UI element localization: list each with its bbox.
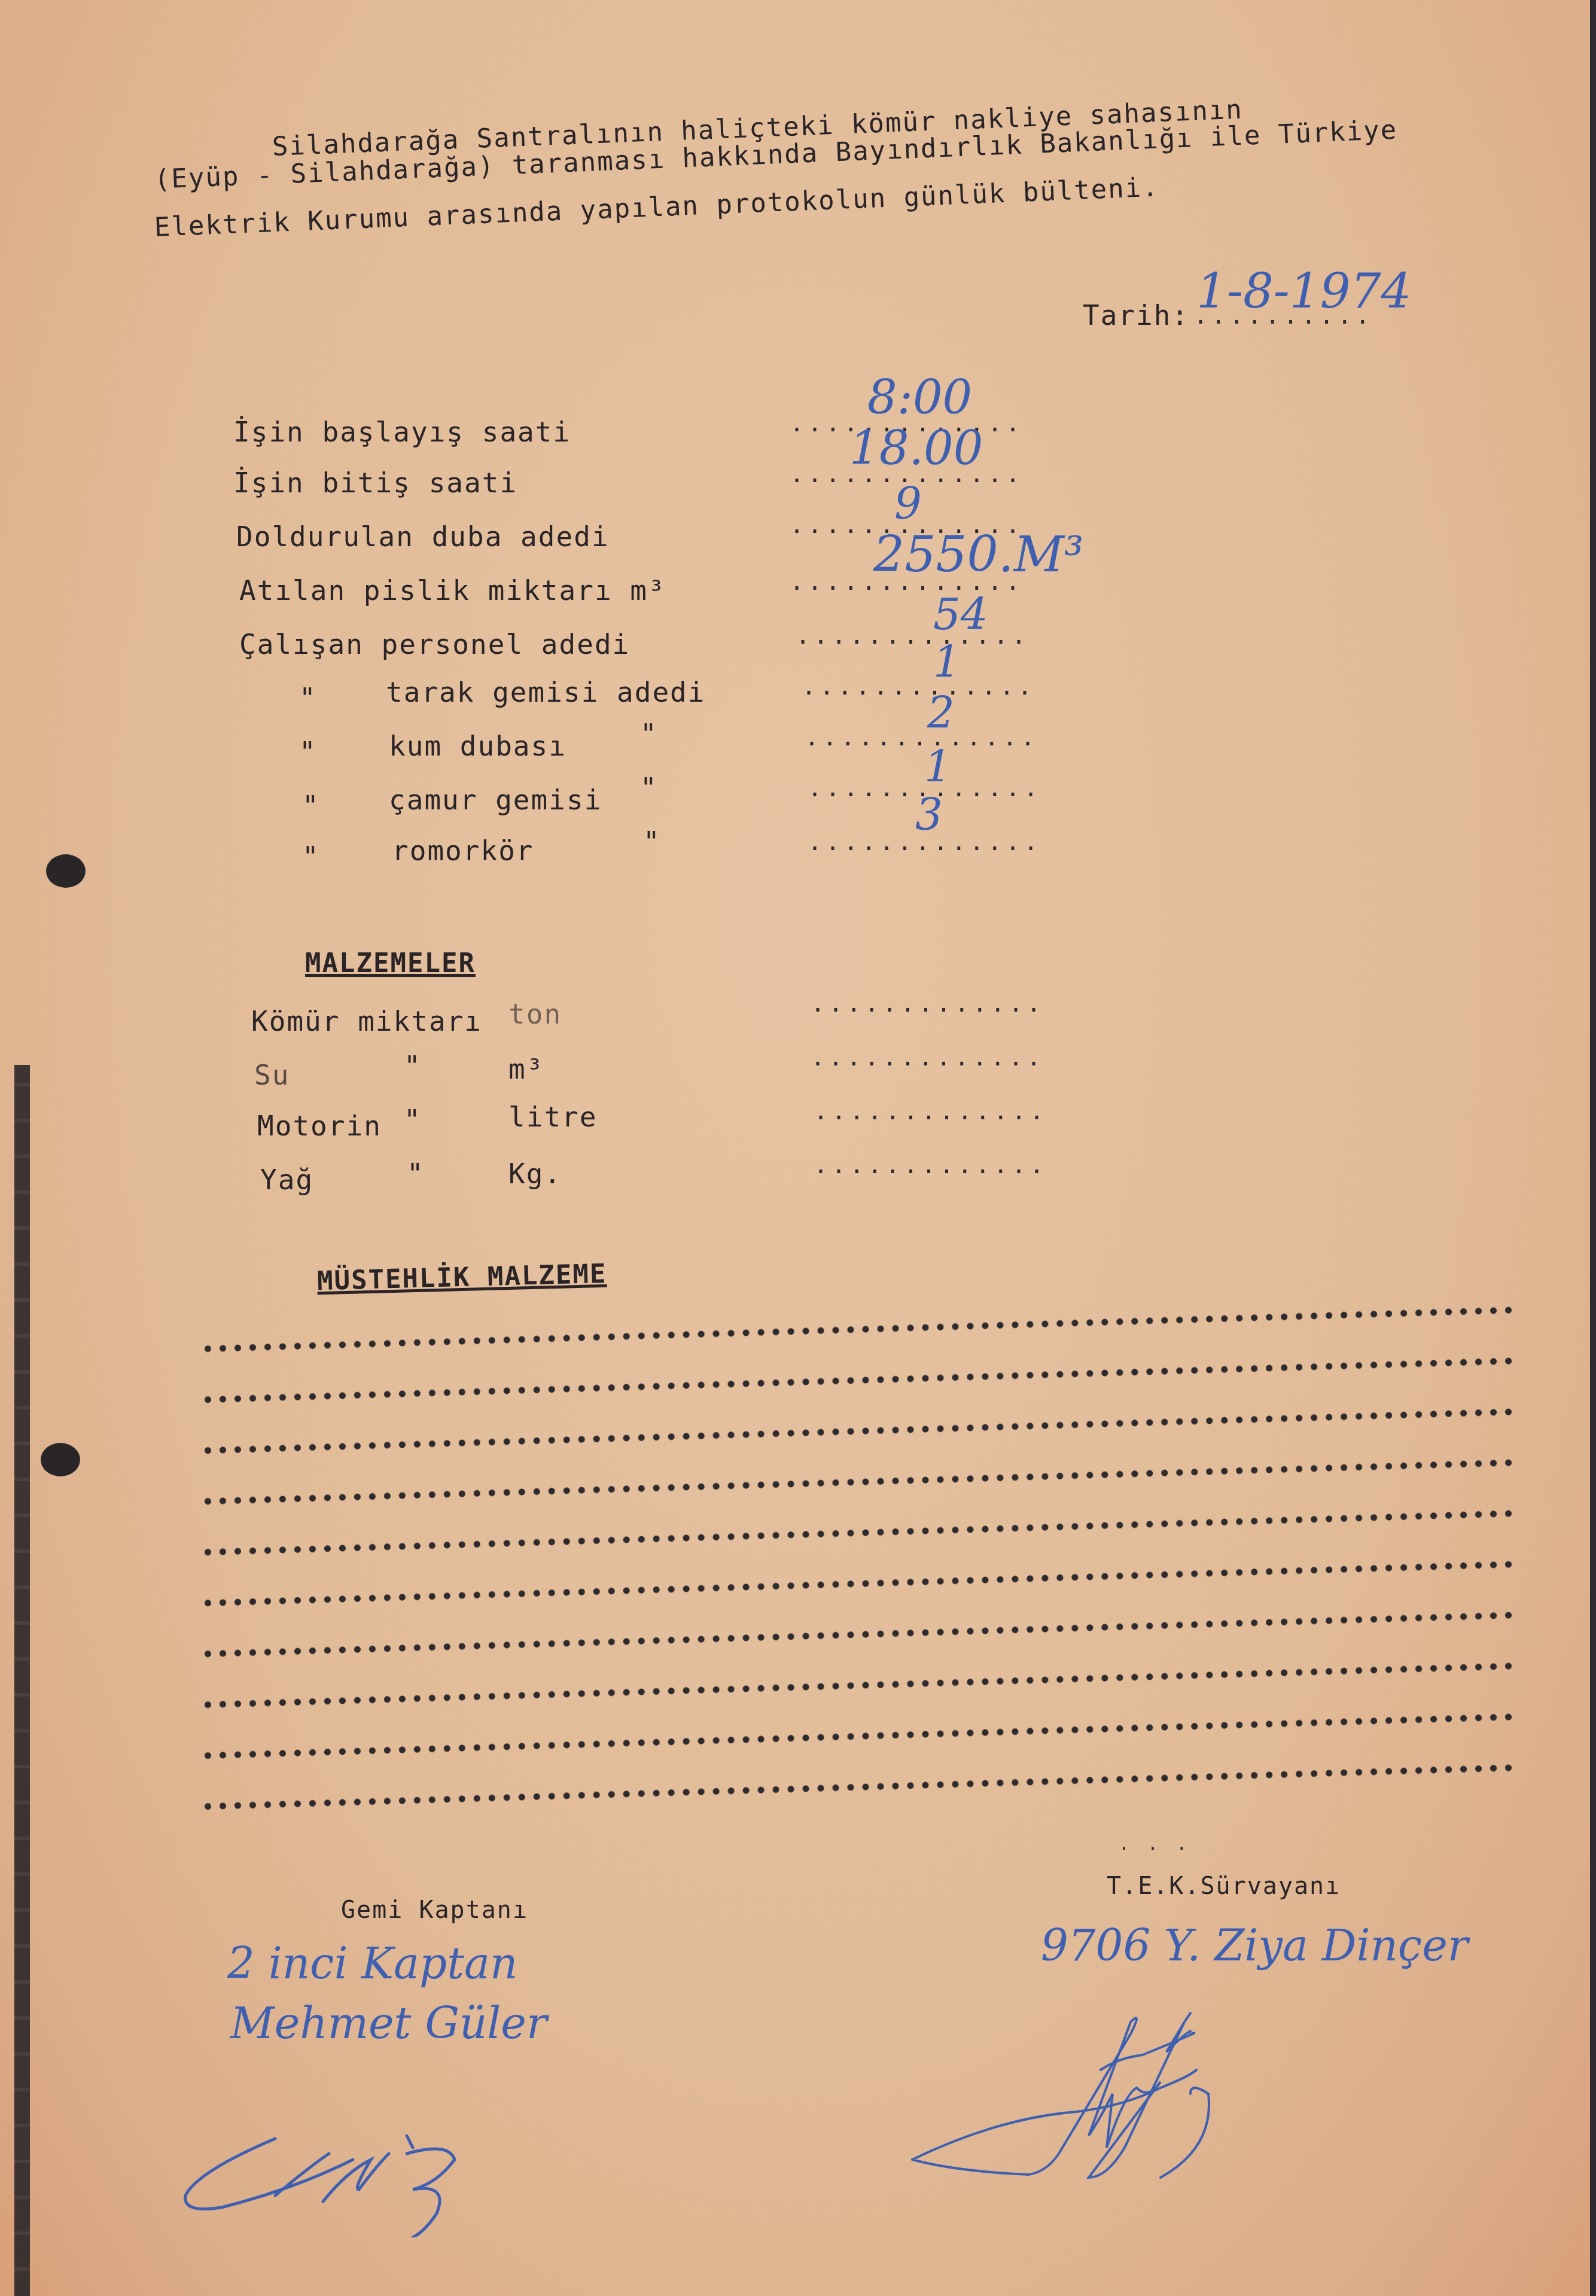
punch-hole xyxy=(41,1443,80,1476)
consumables-blank-line xyxy=(200,1304,1516,1355)
signature-left-scribble xyxy=(173,2118,508,2237)
material-name-coal: Kömür miktarı xyxy=(251,1005,482,1037)
consumables-blank-line xyxy=(200,1762,1516,1813)
ditto-mark: " xyxy=(299,682,317,714)
ditto-mark: " xyxy=(299,736,317,768)
ditto-mark: " xyxy=(640,772,658,804)
signature-right-title: T.E.K.Sürvayanı xyxy=(1107,1872,1341,1900)
signature-right-scribble xyxy=(909,1998,1400,2195)
material-name-oil: Yağ xyxy=(260,1164,313,1196)
consumables-blank-line xyxy=(200,1711,1516,1762)
punch-hole xyxy=(46,854,86,888)
ditto-mark: " xyxy=(302,790,320,822)
field-label-start-time: İşin başlayış saati xyxy=(233,416,571,448)
material-dots: ............. xyxy=(811,990,1044,1018)
field-value-mud-ship: 1 xyxy=(924,742,952,792)
field-value-tugboat: 3 xyxy=(915,790,943,840)
signature-left-title: Gemi Kaptanı xyxy=(341,1896,528,1924)
margin-ink-stripe xyxy=(14,1065,30,2296)
ditto-mark: " xyxy=(407,1158,425,1190)
date-value: 1-8-1974 xyxy=(1196,263,1411,319)
ditto-mark: " xyxy=(302,841,320,873)
consumables-blank-line xyxy=(200,1355,1516,1406)
material-unit-diesel: litre xyxy=(508,1101,597,1133)
field-dots: ............. xyxy=(802,673,1035,701)
signature-left-handwritten-rank: 2 inci Kaptan xyxy=(227,1938,517,1989)
consumables-blank-line xyxy=(200,1558,1516,1609)
material-unit-oil: Kg. xyxy=(508,1158,562,1190)
consumables-blank-line xyxy=(200,1457,1516,1508)
consumables-heading: MÜSTEHLİK MALZEME xyxy=(316,1259,607,1297)
field-label-tugboat: romorkör xyxy=(392,835,534,867)
ditto-mark: " xyxy=(404,1050,422,1082)
consumables-blank-line xyxy=(200,1508,1516,1558)
material-unit-coal: ton xyxy=(508,998,562,1030)
field-value-waste-amount: 2550.M³ xyxy=(873,526,1084,583)
field-value-end-time: 18.00 xyxy=(849,422,983,476)
field-value-staff-count: 54 xyxy=(933,589,988,640)
field-label-sand-barge: kum dubası xyxy=(389,730,566,762)
ditto-mark: " xyxy=(643,826,661,858)
ditto-mark: " xyxy=(404,1104,422,1136)
field-dots: ............. xyxy=(805,724,1038,751)
material-name-diesel: Motorin xyxy=(257,1110,382,1142)
material-dots: ............. xyxy=(814,1098,1047,1125)
signature-left-handwritten-name: Mehmet Güler xyxy=(230,1998,547,2048)
consumables-blank-line xyxy=(200,1660,1516,1711)
material-dots: ............. xyxy=(814,1152,1047,1179)
signature-right-handwritten-name: 9706 Y. Ziya Dinçer xyxy=(1041,1920,1468,1971)
field-label-dredger-count: tarak gemisi adedi xyxy=(386,676,706,708)
material-unit-water: m³ xyxy=(508,1053,544,1085)
field-label-mud-ship: çamur gemisi xyxy=(389,784,602,816)
ditto-mark: " xyxy=(640,718,658,750)
scan-edge xyxy=(1590,0,1596,2296)
document-page: Silahdarağa Santralının haliçteki kömür … xyxy=(0,0,1591,2296)
consumables-blank-line xyxy=(200,1609,1516,1660)
field-dots: ............. xyxy=(796,622,1030,650)
field-value-sand-barge: 2 xyxy=(927,688,955,738)
field-value-barge-count: 9 xyxy=(894,479,922,529)
consumables-blank-line xyxy=(200,1406,1516,1457)
field-label-barge-count: Doldurulan duba adedi xyxy=(236,520,610,553)
signature-right-dots: . . . xyxy=(1119,1834,1190,1855)
field-label-end-time: İşin bitiş saati xyxy=(233,467,517,499)
date-label: Tarih: xyxy=(1083,299,1189,331)
material-dots: ............. xyxy=(811,1044,1044,1071)
field-value-dredger-count: 1 xyxy=(933,637,961,687)
material-name-water: Su xyxy=(254,1059,290,1091)
field-label-waste-amount: Atılan pislik miktarı m³ xyxy=(239,574,666,607)
field-value-start-time: 8:00 xyxy=(867,371,972,425)
materials-heading: MALZEMELER xyxy=(305,948,476,979)
field-label-staff-count: Çalışan personel adedi xyxy=(239,628,630,660)
